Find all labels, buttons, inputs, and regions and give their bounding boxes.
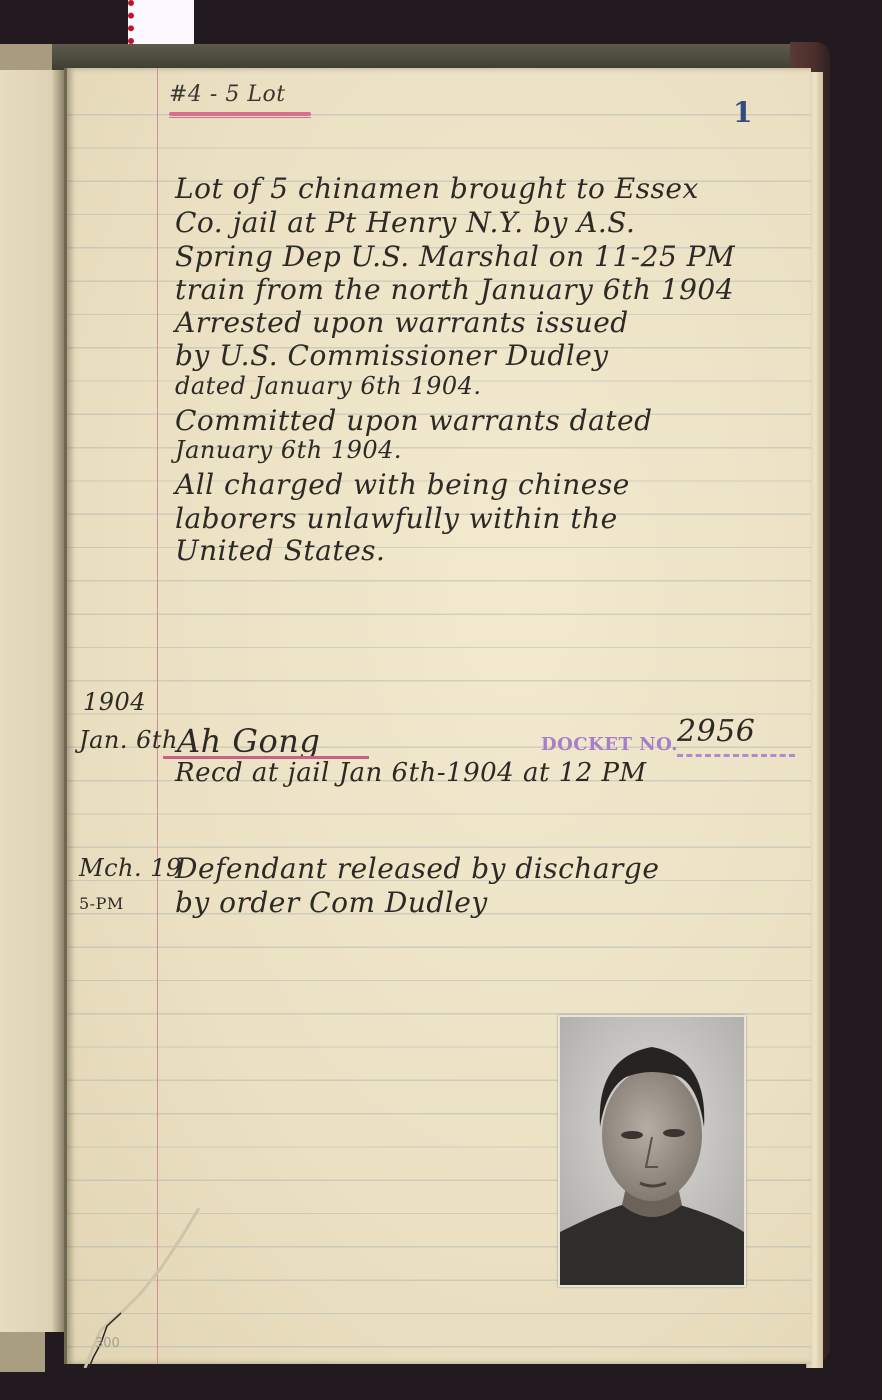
book-cover-top	[0, 44, 810, 70]
cover-linen-bottom	[0, 1332, 45, 1372]
docket-stamp-label: DOCKET NO.	[541, 734, 678, 755]
release-margin-time: 5-PM	[79, 894, 124, 913]
narrative-line: laborers unlawfully within the	[175, 502, 618, 535]
portrait-icon	[560, 1017, 744, 1285]
received-note: Recd at jail Jan 6th-1904 at 12 PM	[175, 758, 647, 788]
margin-date: Jan. 6th	[79, 726, 178, 754]
page-count-footer: 300	[95, 1336, 120, 1351]
docket-number: 2956	[677, 714, 755, 749]
page-number: 1	[733, 96, 752, 129]
narrative-line: Co. jail at Pt Henry N.Y. by A.S.	[175, 206, 635, 239]
lot-label: #4 - 5 Lot	[169, 82, 286, 107]
narrative-line: Committed upon warrants dated	[175, 404, 653, 437]
prisoner-name: Ah Gong	[177, 722, 320, 760]
mugshot-photo	[558, 1015, 746, 1287]
narrative-line: by U.S. Commissioner Dudley	[175, 339, 609, 372]
release-margin-date: Mch. 19	[79, 854, 182, 882]
bookmark-ribbon	[128, 0, 194, 44]
narrative-line: United States.	[175, 534, 385, 567]
previous-page-edge	[0, 70, 64, 1332]
cover-linen-corner	[0, 44, 52, 70]
narrative-line: Lot of 5 chinamen brought to Essex	[175, 172, 699, 205]
narrative-line: All charged with being chinese	[175, 468, 630, 501]
narrative-line: dated January 6th 1904.	[175, 372, 482, 400]
paper-tear	[71, 1198, 211, 1368]
lot-underline	[169, 112, 311, 116]
docket-dashed-line	[677, 754, 795, 757]
release-line: Defendant released by discharge	[175, 852, 659, 885]
narrative-line: Arrested upon warrants issued	[175, 306, 629, 339]
margin-line	[157, 68, 158, 1364]
narrative-line: Spring Dep U.S. Marshal on 11-25 PM	[175, 240, 735, 273]
margin-year: 1904	[83, 688, 146, 716]
narrative-line: train from the north January 6th 1904	[175, 273, 734, 306]
lot-underline-thin	[169, 117, 311, 118]
narrative-line: January 6th 1904.	[175, 436, 402, 464]
ledger-page: #4 - 5 Lot 1 Lot of 5 chinamen brought t…	[64, 68, 811, 1364]
release-line: by order Com Dudley	[175, 886, 488, 919]
